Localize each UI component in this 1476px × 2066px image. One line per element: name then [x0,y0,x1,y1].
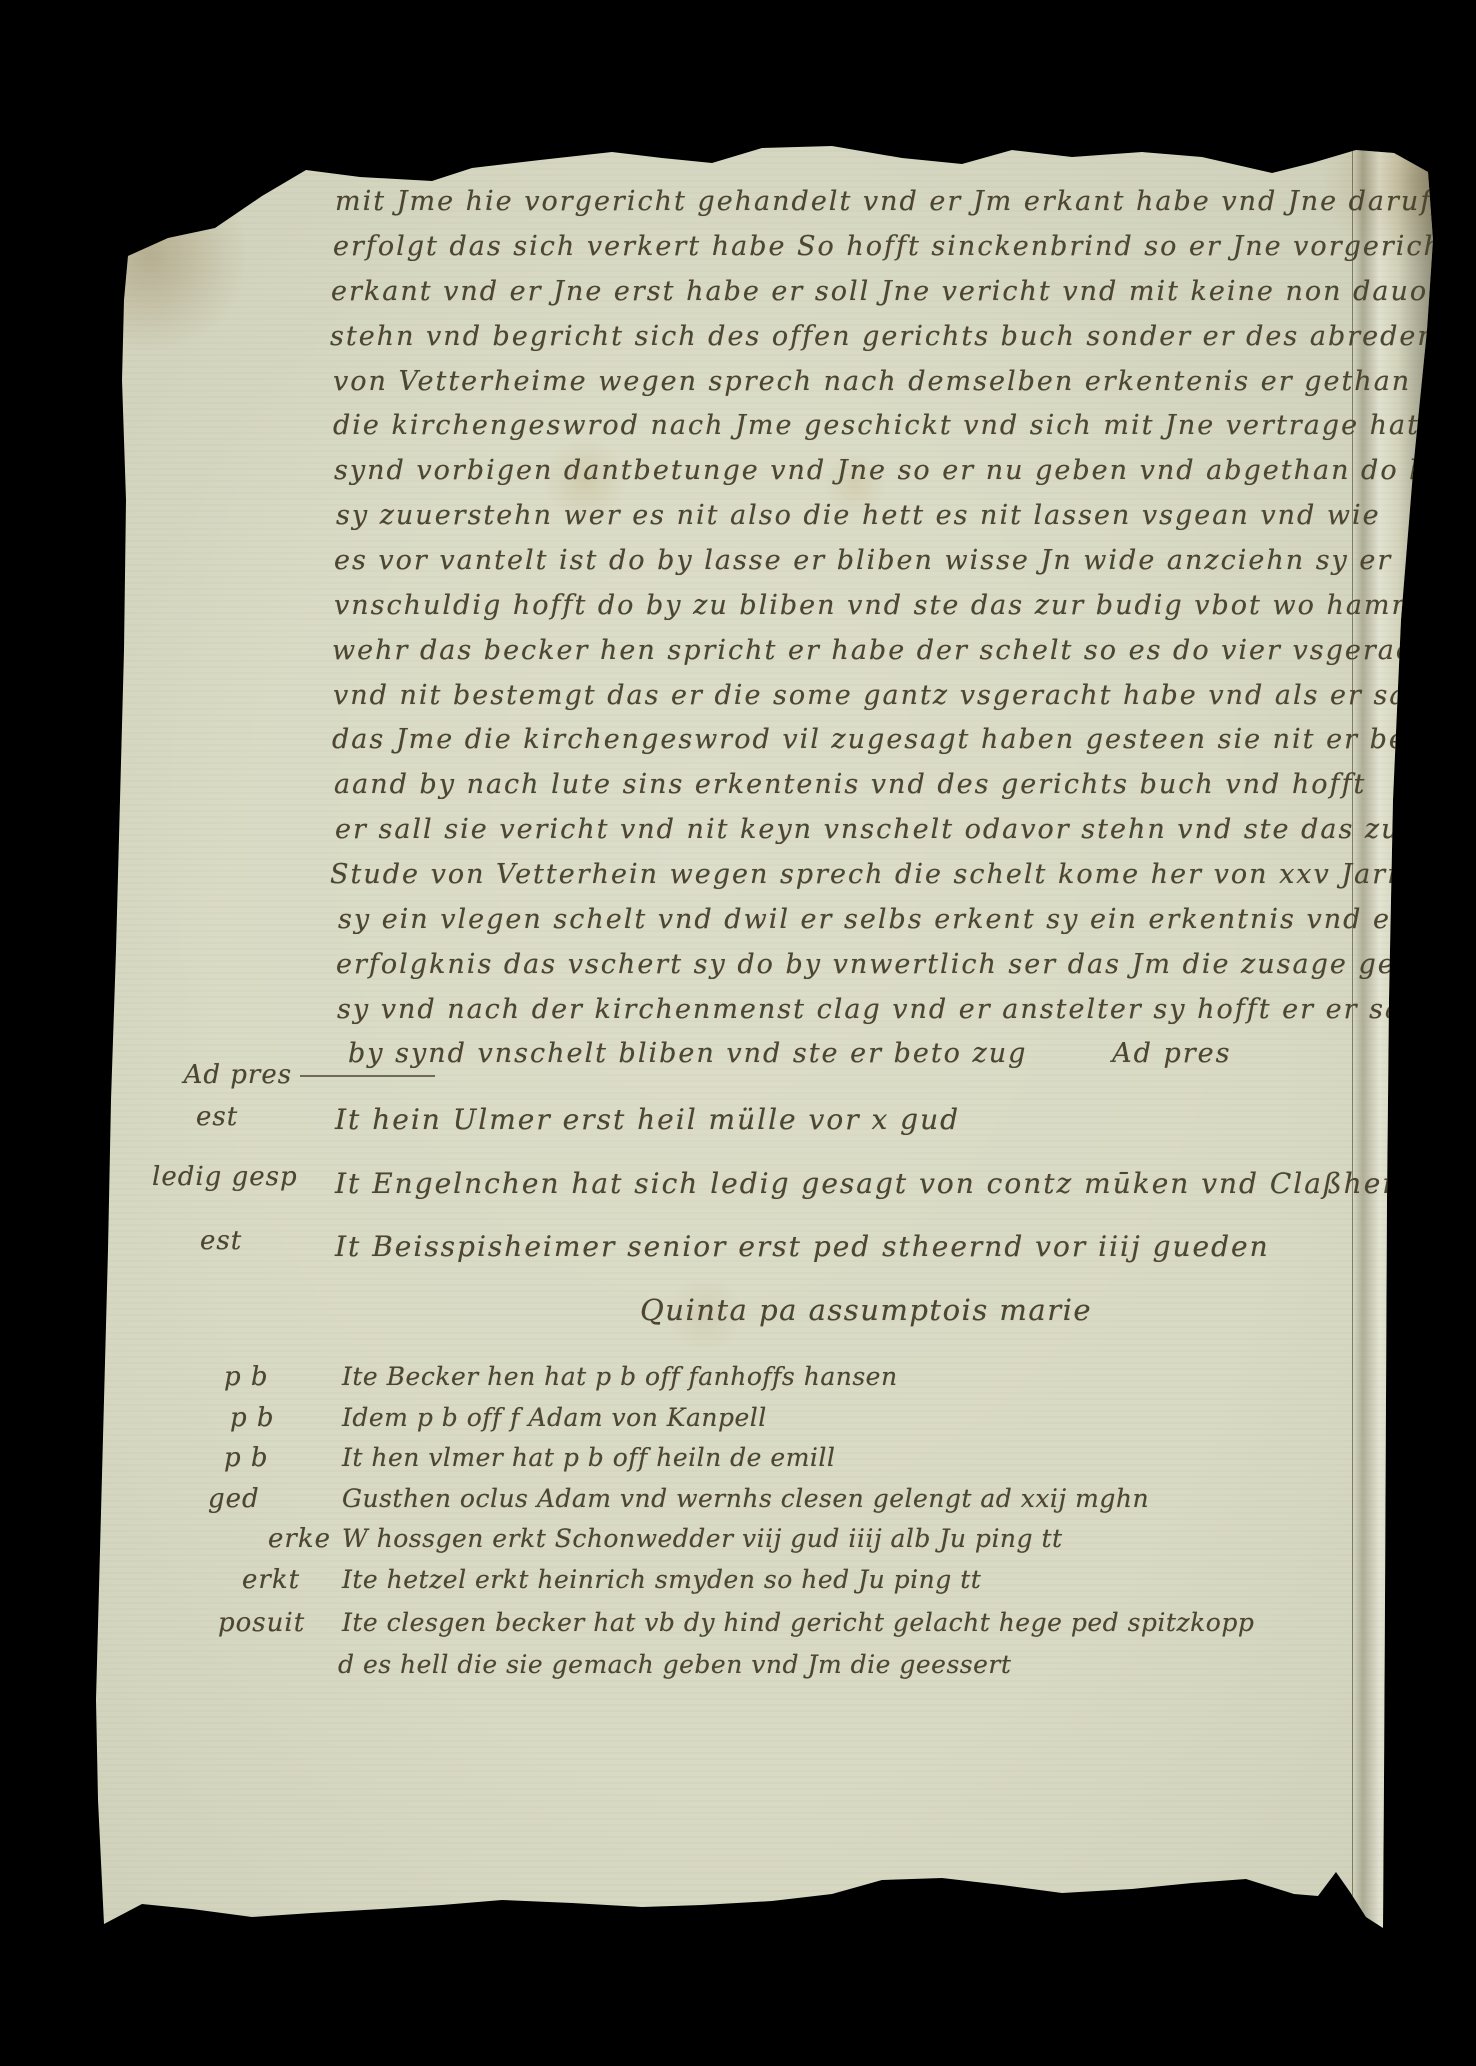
margin-note: est [200,1226,242,1256]
entry-line: Ite Becker hen hat p b off fanhoffs hans… [342,1362,898,1391]
entry-line: Ite clesgen becker hat vb dy hind gerich… [342,1608,1254,1637]
manuscript-line: sy ein vlegen schelt vnd dwil er selbs e… [338,904,1421,935]
entry-margin-note: p b [230,1403,275,1433]
entry-line: Ite hetzel erkt heinrich smyden so hed J… [342,1565,981,1594]
manuscript-line: von Vetterheime wegen sprech nach demsel… [333,366,1476,397]
margin-note: est [196,1102,238,1132]
manuscript-line: wehr das becker hen spricht er habe der … [332,635,1445,666]
section-heading-date: Quinta pa assumptois marie [640,1293,1092,1327]
manuscript-line: vnd nit bestemgt das er die some gantz v… [333,680,1440,711]
manuscript-line: erkant vnd er Jne erst habe er soll Jne … [331,276,1443,307]
photograph-black-backdrop: mit Jme hie vorgericht gehandelt vnd er … [0,0,1476,2066]
manuscript-line: es vor vantelt ist do by lasse er bliben… [334,545,1392,576]
manuscript-line: er sall sie vericht vnd nit keyn vnschel… [335,814,1415,845]
entry-margin-note: erkt [242,1565,300,1595]
manuscript-line: vnschuldig hofft do by zu bliben vnd ste… [334,590,1453,621]
manuscript-line: stehn vnd begricht sich des offen gerich… [330,321,1476,352]
entry-margin-note: p b [224,1362,269,1392]
entry-line: Idem p b off f Adam von Kanpell [342,1403,767,1432]
manuscript-line: sy zuuerstehn wer es nit also die hett e… [336,500,1381,531]
margin-note-label: Ad pres [184,1060,293,1090]
manuscript-line: das Jme die kirchengeswrod vil zugesagt … [332,724,1476,755]
entry-margin-note: posuit [218,1608,305,1638]
manuscript-line: die kirchengeswrod nach Jme geschickt vn… [333,410,1420,441]
manuscript-line: synd vorbigen dantbetunge vnd Jne so er … [334,455,1446,486]
manuscript-line: erfolgknis das vschert sy do by vnwertli… [336,949,1476,980]
entry-line: It hen vlmer hat p b off heiln de emill [342,1443,835,1472]
item-line: It Beisspisheimer senior erst ped stheer… [335,1230,1270,1263]
manuscript-line: mit Jme hie vorgericht gehandelt vnd er … [335,186,1444,217]
entry-margin-note: erke [268,1524,331,1554]
manuscript-line: by synd vnschelt bliben vnd ste er beto … [348,1038,1231,1069]
entry-margin-note: p b [224,1443,269,1473]
entry-margin-note: ged [208,1484,260,1514]
manuscript-page: mit Jme hie vorgericht gehandelt vnd er … [0,0,1476,2066]
manuscript-line: sy vnd nach der kirchenmenst clag vnd er… [337,994,1414,1025]
item-line: It hein Ulmer erst heil mülle vor x gud [335,1103,960,1136]
entry-line: Gusthen oclus Adam vnd wernhs clesen gel… [342,1484,1149,1513]
item-line: It Engelnchen hat sich ledig gesagt von … [335,1167,1441,1200]
margin-dash [300,1075,435,1077]
margin-note: ledig gesp [152,1162,298,1192]
manuscript-line: Stude von Vetterhein wegen sprech die sc… [330,859,1474,890]
entry-line: W hossgen erkt Schonwedder viij gud iiij… [342,1524,1063,1553]
manuscript-line: aand by nach lute sins erkentenis vnd de… [334,769,1366,800]
entry-continuation-line: d es hell die sie gemach geben vnd Jm di… [338,1650,1011,1679]
manuscript-line: erfolgt das sich verkert habe So hofft s… [333,231,1456,262]
